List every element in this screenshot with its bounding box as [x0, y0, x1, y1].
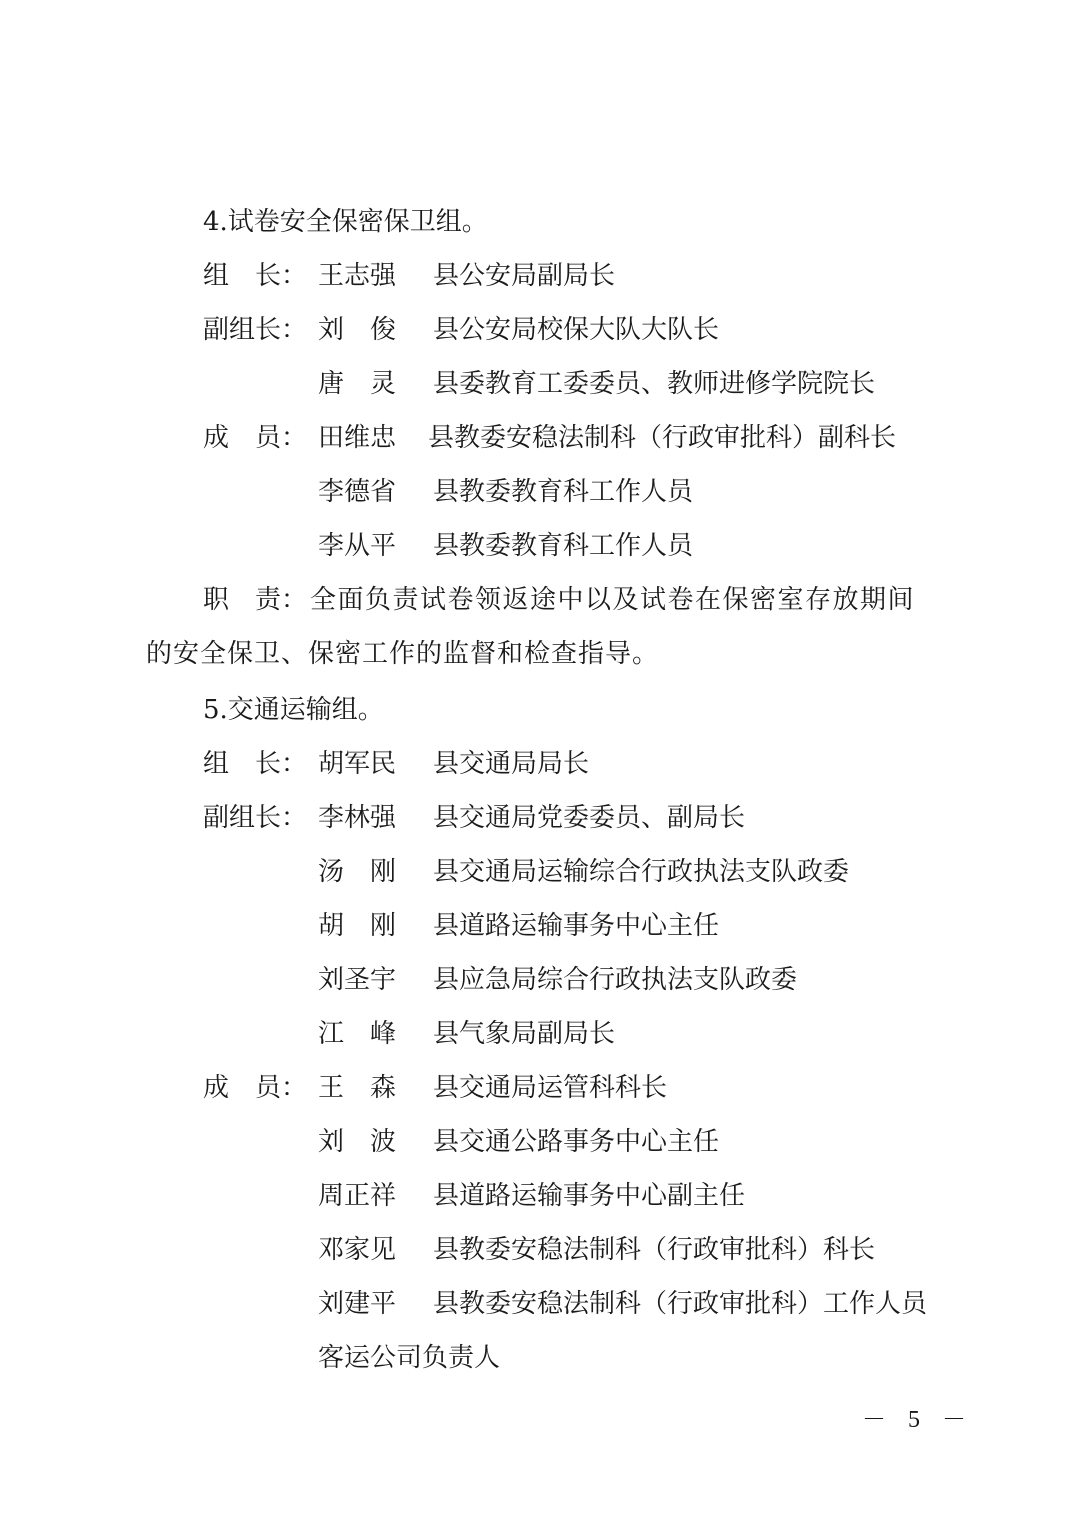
deputy-title: 县气象局副局长 [433, 1014, 615, 1054]
member-name: 邓家见 [318, 1230, 396, 1270]
member-name: 客运公司负责人 [318, 1338, 500, 1378]
page-number: － 5 － [862, 1405, 974, 1435]
section-4-leader-row: 组 长： 王志强 县公安局副局长 [0, 256, 1074, 296]
section-5-deputy-row: 胡 刚 县道路运输事务中心主任 [0, 906, 1074, 946]
member-label: 成 员： [203, 1068, 307, 1108]
section-5-deputy-row: 刘圣宇 县应急局综合行政执法支队政委 [0, 960, 1074, 1000]
deputy-label: 副组长： [203, 310, 307, 350]
deputy-name: 唐 灵 [318, 364, 396, 404]
member-name: 刘建平 [318, 1284, 396, 1324]
deputy-title: 县交通局党委委员、副局长 [433, 798, 745, 838]
member-label: 成 员： [203, 418, 307, 458]
member-title: 县道路运输事务中心副主任 [433, 1176, 745, 1216]
duty-label: 职 责： [203, 580, 307, 620]
member-name: 王 森 [318, 1068, 396, 1108]
section-5-member-row: 邓家见 县教委安稳法制科（行政审批科）科长 [0, 1230, 1074, 1270]
duty-text: 全面负责试卷领返途中以及试卷在保密室存放期间 [310, 580, 915, 620]
leader-label: 组 长： [203, 256, 307, 296]
member-title: 县教委安稳法制科（行政审批科）科长 [433, 1230, 875, 1270]
section-5-leader-row: 组 长： 胡军民 县交通局局长 [0, 744, 1074, 784]
member-title: 县教委教育科工作人员 [433, 472, 693, 512]
leader-title: 县交通局局长 [433, 744, 589, 784]
section-5-member-row: 成 员： 王 森 县交通局运管科科长 [0, 1068, 1074, 1108]
section-4-heading: 4.试卷安全保密保卫组。 [203, 202, 488, 242]
deputy-name: 李林强 [318, 798, 396, 838]
deputy-title: 县应急局综合行政执法支队政委 [433, 960, 797, 1000]
section-5-member-row: 周正祥 县道路运输事务中心副主任 [0, 1176, 1074, 1216]
section-4-deputy-row: 副组长： 刘 俊 县公安局校保大队大队长 [0, 310, 1074, 350]
leader-name: 胡军民 [318, 744, 396, 784]
member-title: 县交通局运管科科长 [433, 1068, 667, 1108]
member-name: 李从平 [318, 526, 396, 566]
deputy-name: 江 峰 [318, 1014, 396, 1054]
member-title: 县教委安稳法制科（行政审批科）副科长 [428, 418, 896, 458]
section-4-deputy-row: 唐 灵 县委教育工委委员、教师进修学院院长 [0, 364, 1074, 404]
deputy-name: 刘圣宇 [318, 960, 396, 1000]
deputy-title: 县公安局校保大队大队长 [433, 310, 719, 350]
member-title: 县交通公路事务中心主任 [433, 1122, 719, 1162]
member-title: 县教委安稳法制科（行政审批科）工作人员 [433, 1284, 927, 1324]
section-5-deputy-row: 江 峰 县气象局副局长 [0, 1014, 1074, 1054]
section-5-deputy-row: 副组长： 李林强 县交通局党委委员、副局长 [0, 798, 1074, 838]
duty-text-continued: 的安全保卫、保密工作的监督和检查指导。 [146, 634, 942, 674]
section-4-duty-row: 职 责： 全面负责试卷领返途中以及试卷在保密室存放期间 [0, 580, 1074, 620]
section-5-deputy-row: 汤 刚 县交通局运输综合行政执法支队政委 [0, 852, 1074, 892]
deputy-label: 副组长： [203, 798, 307, 838]
section-4-member-row: 李从平 县教委教育科工作人员 [0, 526, 1074, 566]
member-name: 刘 波 [318, 1122, 396, 1162]
deputy-title: 县交通局运输综合行政执法支队政委 [433, 852, 849, 892]
leader-label: 组 长： [203, 744, 307, 784]
section-4-member-row: 成 员： 田维忠 县教委安稳法制科（行政审批科）副科长 [0, 418, 1074, 458]
leader-title: 县公安局副局长 [433, 256, 615, 296]
deputy-title: 县道路运输事务中心主任 [433, 906, 719, 946]
member-name: 周正祥 [318, 1176, 396, 1216]
member-name: 李德省 [318, 472, 396, 512]
deputy-title: 县委教育工委委员、教师进修学院院长 [433, 364, 875, 404]
deputy-name: 汤 刚 [318, 852, 396, 892]
member-title: 县教委教育科工作人员 [433, 526, 693, 566]
section-4-member-row: 李德省 县教委教育科工作人员 [0, 472, 1074, 512]
deputy-name: 胡 刚 [318, 906, 396, 946]
deputy-name: 刘 俊 [318, 310, 396, 350]
section-5-member-row: 刘建平 县教委安稳法制科（行政审批科）工作人员 [0, 1284, 1074, 1324]
member-name: 田维忠 [318, 418, 396, 458]
section-5-heading: 5.交通运输组。 [203, 690, 384, 730]
leader-name: 王志强 [318, 256, 396, 296]
section-5-member-row: 客运公司负责人 [0, 1338, 1074, 1378]
section-5-member-row: 刘 波 县交通公路事务中心主任 [0, 1122, 1074, 1162]
